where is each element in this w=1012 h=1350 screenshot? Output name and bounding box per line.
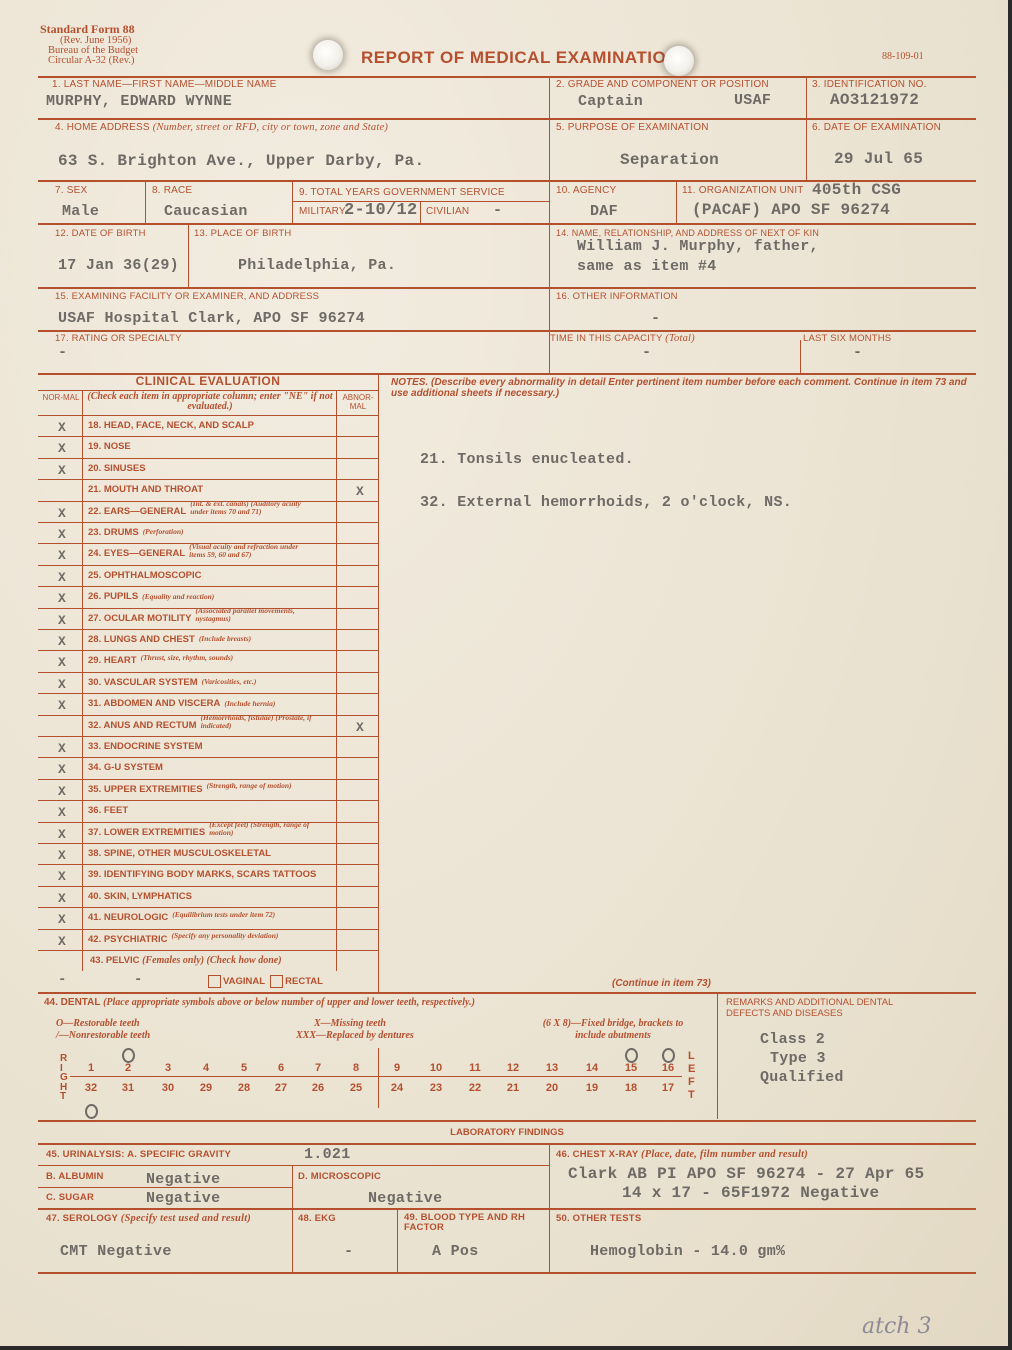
clinical-item-label: 42. PSYCHIATRIC(Specify any personality …: [88, 934, 297, 945]
field-label-facility: 15. EXAMINING FACILITY OR EXAMINER, AND …: [55, 291, 319, 302]
field-rating-value[interactable]: -: [58, 344, 67, 361]
clinical-item-label: 36. FEET: [88, 805, 128, 816]
clinical-item-label: 20. SINUSES: [88, 463, 146, 474]
field-label-military: MILITARY: [299, 206, 346, 217]
clinical-item-row: 27. OCULAR MOTILITY(Associated parallel …: [38, 608, 378, 629]
normal-checkmark[interactable]: X: [58, 420, 66, 435]
dental-remarks-label: REMARKS AND ADDITIONAL DENTAL DEFECTS AN…: [726, 997, 926, 1019]
pelvic-mid-mark[interactable]: -: [134, 972, 143, 988]
field-kin-value-2[interactable]: same as item #4: [577, 258, 717, 275]
clinical-item-label: 30. VASCULAR SYSTEM(Varicosities, etc.): [88, 677, 256, 688]
tooth-lower[interactable]: 27: [269, 1082, 293, 1094]
normal-checkmark[interactable]: X: [58, 591, 66, 606]
field-label-name: 1. LAST NAME—FIRST NAME—MIDDLE NAME: [52, 79, 276, 90]
note-entry[interactable]: 32. External hemorrhoids, 2 o'clock, NS.: [420, 494, 792, 511]
field-label-purpose: 5. PURPOSE OF EXAMINATION: [556, 122, 709, 133]
tooth-upper[interactable]: 1: [79, 1062, 103, 1074]
field-label-race: 8. RACE: [152, 185, 192, 196]
clinical-item-label: 33. ENDOCRINE SYSTEM: [88, 741, 203, 752]
field-time-total-value[interactable]: -: [642, 344, 651, 361]
field-address-value[interactable]: 63 S. Brighton Ave., Upper Darby, Pa.: [58, 152, 424, 170]
pelvic-normal-mark[interactable]: -: [58, 972, 67, 988]
field-label-rating: 17. RATING OR SPECIALTY: [55, 333, 182, 344]
tooth-upper[interactable]: 6: [269, 1062, 293, 1074]
albumin-value[interactable]: Negative: [146, 1171, 220, 1188]
clinical-item-label: 35. UPPER EXTREMITIES(Strength, range of…: [88, 784, 332, 795]
field-label-civilian: CIVILIAN: [426, 206, 469, 217]
tooth-upper[interactable]: 3: [156, 1062, 180, 1074]
dental-remarks-value[interactable]: Class 2: [760, 1031, 825, 1048]
medical-exam-form: Standard Form 88 (Rev. June 1956) Bureau…: [0, 0, 1008, 1346]
clinical-item-row: 19. NOSEX: [38, 436, 378, 457]
normal-checkmark[interactable]: X: [58, 698, 66, 713]
page-title: REPORT OF MEDICAL EXAMINATION: [361, 48, 679, 68]
field-id-value[interactable]: AO3121972: [830, 91, 919, 109]
normal-checkmark[interactable]: X: [58, 741, 66, 756]
normal-checkmark[interactable]: X: [58, 784, 66, 799]
clinical-item-label: 32. ANUS AND RECTUM(Hemorrhoids, fistula…: [88, 720, 326, 731]
restorable-mark-icon: [625, 1048, 638, 1063]
field-name-value[interactable]: MURPHY, EDWARD WYNNE: [46, 93, 232, 110]
notes-header: NOTES. (Describe every abnormality in de…: [391, 377, 971, 399]
xray-value[interactable]: Clark AB PI APO SF 96274 - 27 Apr 65: [568, 1165, 924, 1183]
field-grade-value[interactable]: Captain: [578, 93, 643, 110]
punch-hole: [664, 46, 694, 76]
clinical-item-row: 33. ENDOCRINE SYSTEMX: [38, 736, 378, 757]
field-org-value-2[interactable]: (PACAF) APO SF 96274: [692, 201, 890, 219]
dental-legend-bridge: (6 X 8)—Fixed bridge, brackets to includ…: [528, 1018, 698, 1042]
tooth-upper[interactable]: 4: [194, 1062, 218, 1074]
tooth-upper[interactable]: 16: [656, 1062, 680, 1074]
punch-hole: [313, 40, 343, 70]
clinical-item-row: 35. UPPER EXTREMITIES(Strength, range of…: [38, 779, 378, 800]
field-race-value[interactable]: Caucasian: [164, 203, 248, 220]
normal-checkmark[interactable]: X: [58, 506, 66, 521]
clinical-item-label: 40. SKIN, LYMPHATICS: [88, 891, 192, 902]
clinical-item-label: 37. LOWER EXTREMITIES(Except feet) (Stre…: [88, 827, 334, 838]
tooth-upper[interactable]: 5: [232, 1062, 256, 1074]
clinical-item-row: 42. PSYCHIATRIC(Specify any personality …: [38, 929, 378, 950]
normal-checkmark[interactable]: X: [58, 891, 66, 906]
blood-type-label: 49. BLOOD TYPE AND RH FACTOR: [404, 1213, 544, 1233]
normal-checkmark[interactable]: X: [58, 869, 66, 884]
clinical-item-label: 34. G-U SYSTEM: [88, 762, 163, 773]
normal-checkmark[interactable]: X: [58, 655, 66, 670]
tooth-lower[interactable]: 22: [463, 1082, 487, 1094]
field-label-last-six: LAST SIX MONTHS: [803, 333, 891, 344]
specific-gravity-value[interactable]: 1.021: [304, 1146, 351, 1163]
vaginal-checkbox[interactable]: [208, 975, 221, 988]
normal-checkmark[interactable]: X: [58, 527, 66, 542]
vaginal-label: VAGINAL: [223, 976, 265, 987]
clinical-item-label: 39. IDENTIFYING BODY MARKS, SCARS TATTOO…: [88, 869, 316, 880]
clinical-item-row: 36. FEETX: [38, 800, 378, 821]
restorable-mark-icon: [85, 1104, 98, 1119]
form-id-block: Standard Form 88 (Rev. June 1956) Bureau…: [40, 24, 138, 66]
dental-header: 44. DENTAL (Place appropriate symbols ab…: [44, 997, 475, 1008]
field-facility-value[interactable]: USAF Hospital Clark, APO SF 96274: [58, 310, 365, 327]
clinical-item-row: 29. HEART(Thrust, size, rhythm, sounds)X: [38, 650, 378, 671]
normal-checkmark[interactable]: X: [58, 548, 66, 563]
sugar-label: C. SUGAR: [46, 1192, 94, 1203]
field-label-other-info: 16. OTHER INFORMATION: [556, 291, 678, 302]
tooth-lower[interactable]: 32: [79, 1082, 103, 1094]
normal-checkmark[interactable]: X: [58, 762, 66, 777]
tooth-lower[interactable]: 20: [540, 1082, 564, 1094]
field-civilian-value[interactable]: -: [493, 202, 502, 219]
normal-checkmark[interactable]: X: [58, 677, 66, 692]
field-agency-value[interactable]: DAF: [590, 203, 618, 220]
field-dob-value[interactable]: 17 Jan 36(29): [58, 257, 179, 274]
tooth-lower[interactable]: 21: [501, 1082, 525, 1094]
normal-checkmark[interactable]: X: [58, 570, 66, 585]
dental-legend-left: O—Restorable teeth /—Nonrestorable teeth: [56, 1018, 150, 1042]
field-label-kin: 14. NAME, RELATIONSHIP, AND ADDRESS OF N…: [556, 228, 819, 238]
albumin-label: B. ALBUMIN: [46, 1171, 104, 1182]
clinical-item-label: 31. ABDOMEN AND VISCERA(Include hernia): [88, 698, 275, 709]
clinical-item-label: 19. NOSE: [88, 441, 131, 452]
tooth-lower[interactable]: 30: [156, 1082, 180, 1094]
field-label-id: 3. IDENTIFICATION NO.: [812, 79, 927, 90]
field-military-value[interactable]: 2-10/12: [344, 201, 418, 220]
serology-value[interactable]: CMT Negative: [60, 1243, 172, 1260]
normal-checkmark[interactable]: X: [58, 634, 66, 649]
field-last-six-value[interactable]: -: [853, 344, 862, 361]
clinical-item-label: 29. HEART(Thrust, size, rhythm, sounds): [88, 655, 266, 666]
abnormal-checkmark[interactable]: X: [356, 720, 364, 735]
col-normal-header: NOR-MAL: [42, 393, 80, 402]
clinical-item-row: 30. VASCULAR SYSTEM(Varicosities, etc.)X: [38, 672, 378, 693]
normal-checkmark[interactable]: X: [58, 827, 66, 842]
tooth-lower[interactable]: 23: [424, 1082, 448, 1094]
note-entry[interactable]: 21. Tonsils enucleated.: [420, 451, 634, 468]
clinical-item-label: 18. HEAD, FACE, NECK, AND SCALP: [88, 420, 254, 431]
other-tests-value[interactable]: Hemoglobin - 14.0 gm%: [590, 1243, 785, 1260]
clinical-item-label: 22. EARS—GENERAL(Int. & ext. canals) (Au…: [88, 506, 315, 517]
microscopic-label: D. MICROSCOPIC: [298, 1171, 381, 1182]
field-org-value[interactable]: 405th CSG: [812, 181, 901, 199]
abnormal-checkmark[interactable]: X: [356, 484, 364, 499]
clinical-item-row: 21. MOUTH AND THROATX: [38, 479, 378, 500]
tooth-lower[interactable]: 26: [306, 1082, 330, 1094]
col-instruction-header: (Check each item in appropriate column; …: [86, 392, 334, 412]
clinical-item-label: 27. OCULAR MOTILITY(Associated parallel …: [88, 613, 320, 624]
clinical-item-row: 38. SPINE, OTHER MUSCULOSKELETALX: [38, 843, 378, 864]
clinical-item-row: 31. ABDOMEN AND VISCERA(Include hernia)X: [38, 693, 378, 714]
clinical-item-row: 34. G-U SYSTEMX: [38, 757, 378, 778]
normal-checkmark[interactable]: X: [58, 934, 66, 949]
clinical-item-row: 18. HEAD, FACE, NECK, AND SCALPX: [38, 415, 378, 436]
tooth-upper[interactable]: 12: [501, 1062, 525, 1074]
xray-value-2[interactable]: 14 x 17 - 65F1972 Negative: [622, 1184, 879, 1202]
clinical-item-row: 28. LUNGS AND CHEST(Include breasts)X: [38, 629, 378, 650]
pencil-annotation: atch 3: [862, 1314, 931, 1339]
clinical-item-row: 22. EARS—GENERAL(Int. & ext. canals) (Au…: [38, 501, 378, 522]
notes-continue: (Continue in item 73): [612, 978, 711, 989]
field-component-value[interactable]: USAF: [734, 92, 771, 109]
tooth-upper[interactable]: 9: [385, 1062, 409, 1074]
tooth-lower[interactable]: 18: [619, 1082, 643, 1094]
rectal-label: RECTAL: [285, 976, 323, 987]
dental-right-label: RIGHT: [60, 1054, 70, 1102]
rectal-checkbox[interactable]: [270, 975, 283, 988]
dental-left-label: LEFT: [688, 1050, 698, 1102]
field-label-pob: 13. PLACE OF BIRTH: [194, 228, 291, 239]
form-circular: Circular A-32 (Rev.): [40, 56, 138, 66]
field-label-sex: 7. SEX: [55, 185, 87, 196]
ekg-label: 48. EKG: [298, 1213, 336, 1224]
clinical-title: CLINICAL EVALUATION: [38, 374, 378, 388]
normal-checkmark[interactable]: X: [58, 912, 66, 927]
tooth-lower[interactable]: 28: [232, 1082, 256, 1094]
field-label-agency: 10. AGENCY: [556, 185, 616, 196]
clinical-item-row: 20. SINUSESX: [38, 458, 378, 479]
serology-label: 47. SEROLOGY (Specify test used and resu…: [46, 1213, 251, 1224]
blood-type-value[interactable]: A Pos: [432, 1243, 479, 1260]
tooth-upper[interactable]: 14: [580, 1062, 604, 1074]
tooth-upper[interactable]: 7: [306, 1062, 330, 1074]
normal-checkmark[interactable]: X: [58, 463, 66, 478]
clinical-item-label: 25. OPHTHALMOSCOPIC: [88, 570, 202, 581]
clinical-item-row: 40. SKIN, LYMPHATICSX: [38, 886, 378, 907]
clinical-item-row: 41. NEUROLOGIC(Equilibrium tests under i…: [38, 907, 378, 928]
field-kin-value[interactable]: William J. Murphy, father,: [577, 238, 819, 255]
field-label-time-total: TIME IN THIS CAPACITY (Total): [550, 333, 695, 344]
form-number: 88-109-01: [882, 52, 924, 62]
ekg-value[interactable]: -: [344, 1243, 353, 1260]
field-purpose-value[interactable]: Separation: [620, 151, 719, 169]
clinical-item-row: 23. DRUMS(Perforation)X: [38, 522, 378, 543]
tooth-lower[interactable]: 24: [385, 1082, 409, 1094]
clinical-item-row: 26. PUPILS(Equality and reaction)X: [38, 586, 378, 607]
field-label-exam-date: 6. DATE OF EXAMINATION: [812, 122, 941, 133]
pelvic-options: VAGINAL RECTAL: [208, 975, 323, 988]
clinical-item-pelvic: 43. PELVIC (Females only) (Check how don…: [90, 955, 282, 966]
tooth-lower[interactable]: 25: [344, 1082, 368, 1094]
sugar-value[interactable]: Negative: [146, 1190, 220, 1207]
form-name: Standard Form 88: [40, 22, 135, 36]
tooth-upper[interactable]: 8: [344, 1062, 368, 1074]
tooth-lower[interactable]: 17: [656, 1082, 680, 1094]
clinical-item-label: 28. LUNGS AND CHEST(Include breasts): [88, 634, 251, 645]
clinical-item-label: 23. DRUMS(Perforation): [88, 527, 184, 538]
field-sex-value[interactable]: Male: [62, 203, 99, 220]
lab-title: LABORATORY FINDINGS: [38, 1127, 976, 1138]
normal-checkmark[interactable]: X: [58, 613, 66, 628]
clinical-item-row: 24. EYES—GENERAL(Visual acuity and refra…: [38, 543, 378, 564]
dental-remarks-value[interactable]: Qualified: [760, 1069, 844, 1086]
field-pob-value[interactable]: Philadelphia, Pa.: [238, 257, 396, 274]
normal-checkmark[interactable]: X: [58, 805, 66, 820]
normal-checkmark[interactable]: X: [58, 848, 66, 863]
tooth-lower[interactable]: 29: [194, 1082, 218, 1094]
clinical-item-row: 32. ANUS AND RECTUM(Hemorrhoids, fistula…: [38, 715, 378, 736]
microscopic-value[interactable]: Negative: [368, 1190, 442, 1207]
urinalysis-label: 45. URINALYSIS: A. SPECIFIC GRAVITY: [46, 1149, 231, 1160]
tooth-lower[interactable]: 19: [580, 1082, 604, 1094]
field-label-dob: 12. DATE OF BIRTH: [55, 228, 146, 239]
restorable-mark-icon: [662, 1048, 675, 1063]
clinical-item-row: 39. IDENTIFYING BODY MARKS, SCARS TATTOO…: [38, 864, 378, 885]
tooth-upper[interactable]: 15: [619, 1062, 643, 1074]
xray-label: 46. CHEST X-RAY (Place, date, film numbe…: [556, 1149, 808, 1160]
field-label-address: 4. HOME ADDRESS (Number, street or RFD, …: [55, 122, 388, 133]
clinical-item-row: 37. LOWER EXTREMITIES(Except feet) (Stre…: [38, 822, 378, 843]
field-exam-date-value[interactable]: 29 Jul 65: [834, 150, 923, 168]
clinical-item-label: 24. EYES—GENERAL(Visual acuity and refra…: [88, 548, 314, 559]
tooth-upper[interactable]: 2: [116, 1062, 140, 1074]
tooth-upper[interactable]: 13: [540, 1062, 564, 1074]
normal-checkmark[interactable]: X: [58, 441, 66, 456]
tooth-upper[interactable]: 11: [463, 1062, 487, 1074]
clinical-item-label: 26. PUPILS(Equality and reaction): [88, 591, 214, 602]
clinical-item-row: 25. OPHTHALMOSCOPICX: [38, 565, 378, 586]
dental-remarks-value[interactable]: Type 3: [770, 1050, 826, 1067]
field-label-service: 9. TOTAL YEARS GOVERNMENT SERVICE: [299, 187, 505, 198]
restorable-mark-icon: [122, 1048, 135, 1063]
field-label-grade: 2. GRADE AND COMPONENT OR POSITION: [556, 79, 769, 90]
clinical-item-label: 38. SPINE, OTHER MUSCULOSKELETAL: [88, 848, 271, 859]
dental-legend-mid: X—Missing teeth XXX—Replaced by dentures: [296, 1018, 414, 1042]
tooth-upper[interactable]: 10: [424, 1062, 448, 1074]
field-other-info-value[interactable]: -: [651, 310, 660, 327]
other-tests-label: 50. OTHER TESTS: [556, 1213, 641, 1224]
clinical-item-label: 41. NEUROLOGIC(Equilibrium tests under i…: [88, 912, 297, 923]
field-label-org: 11. ORGANIZATION UNIT: [682, 185, 804, 196]
clinical-item-label: 21. MOUTH AND THROAT: [88, 484, 203, 495]
tooth-lower[interactable]: 31: [116, 1082, 140, 1094]
col-abnormal-header: ABNOR-MAL: [338, 393, 378, 411]
